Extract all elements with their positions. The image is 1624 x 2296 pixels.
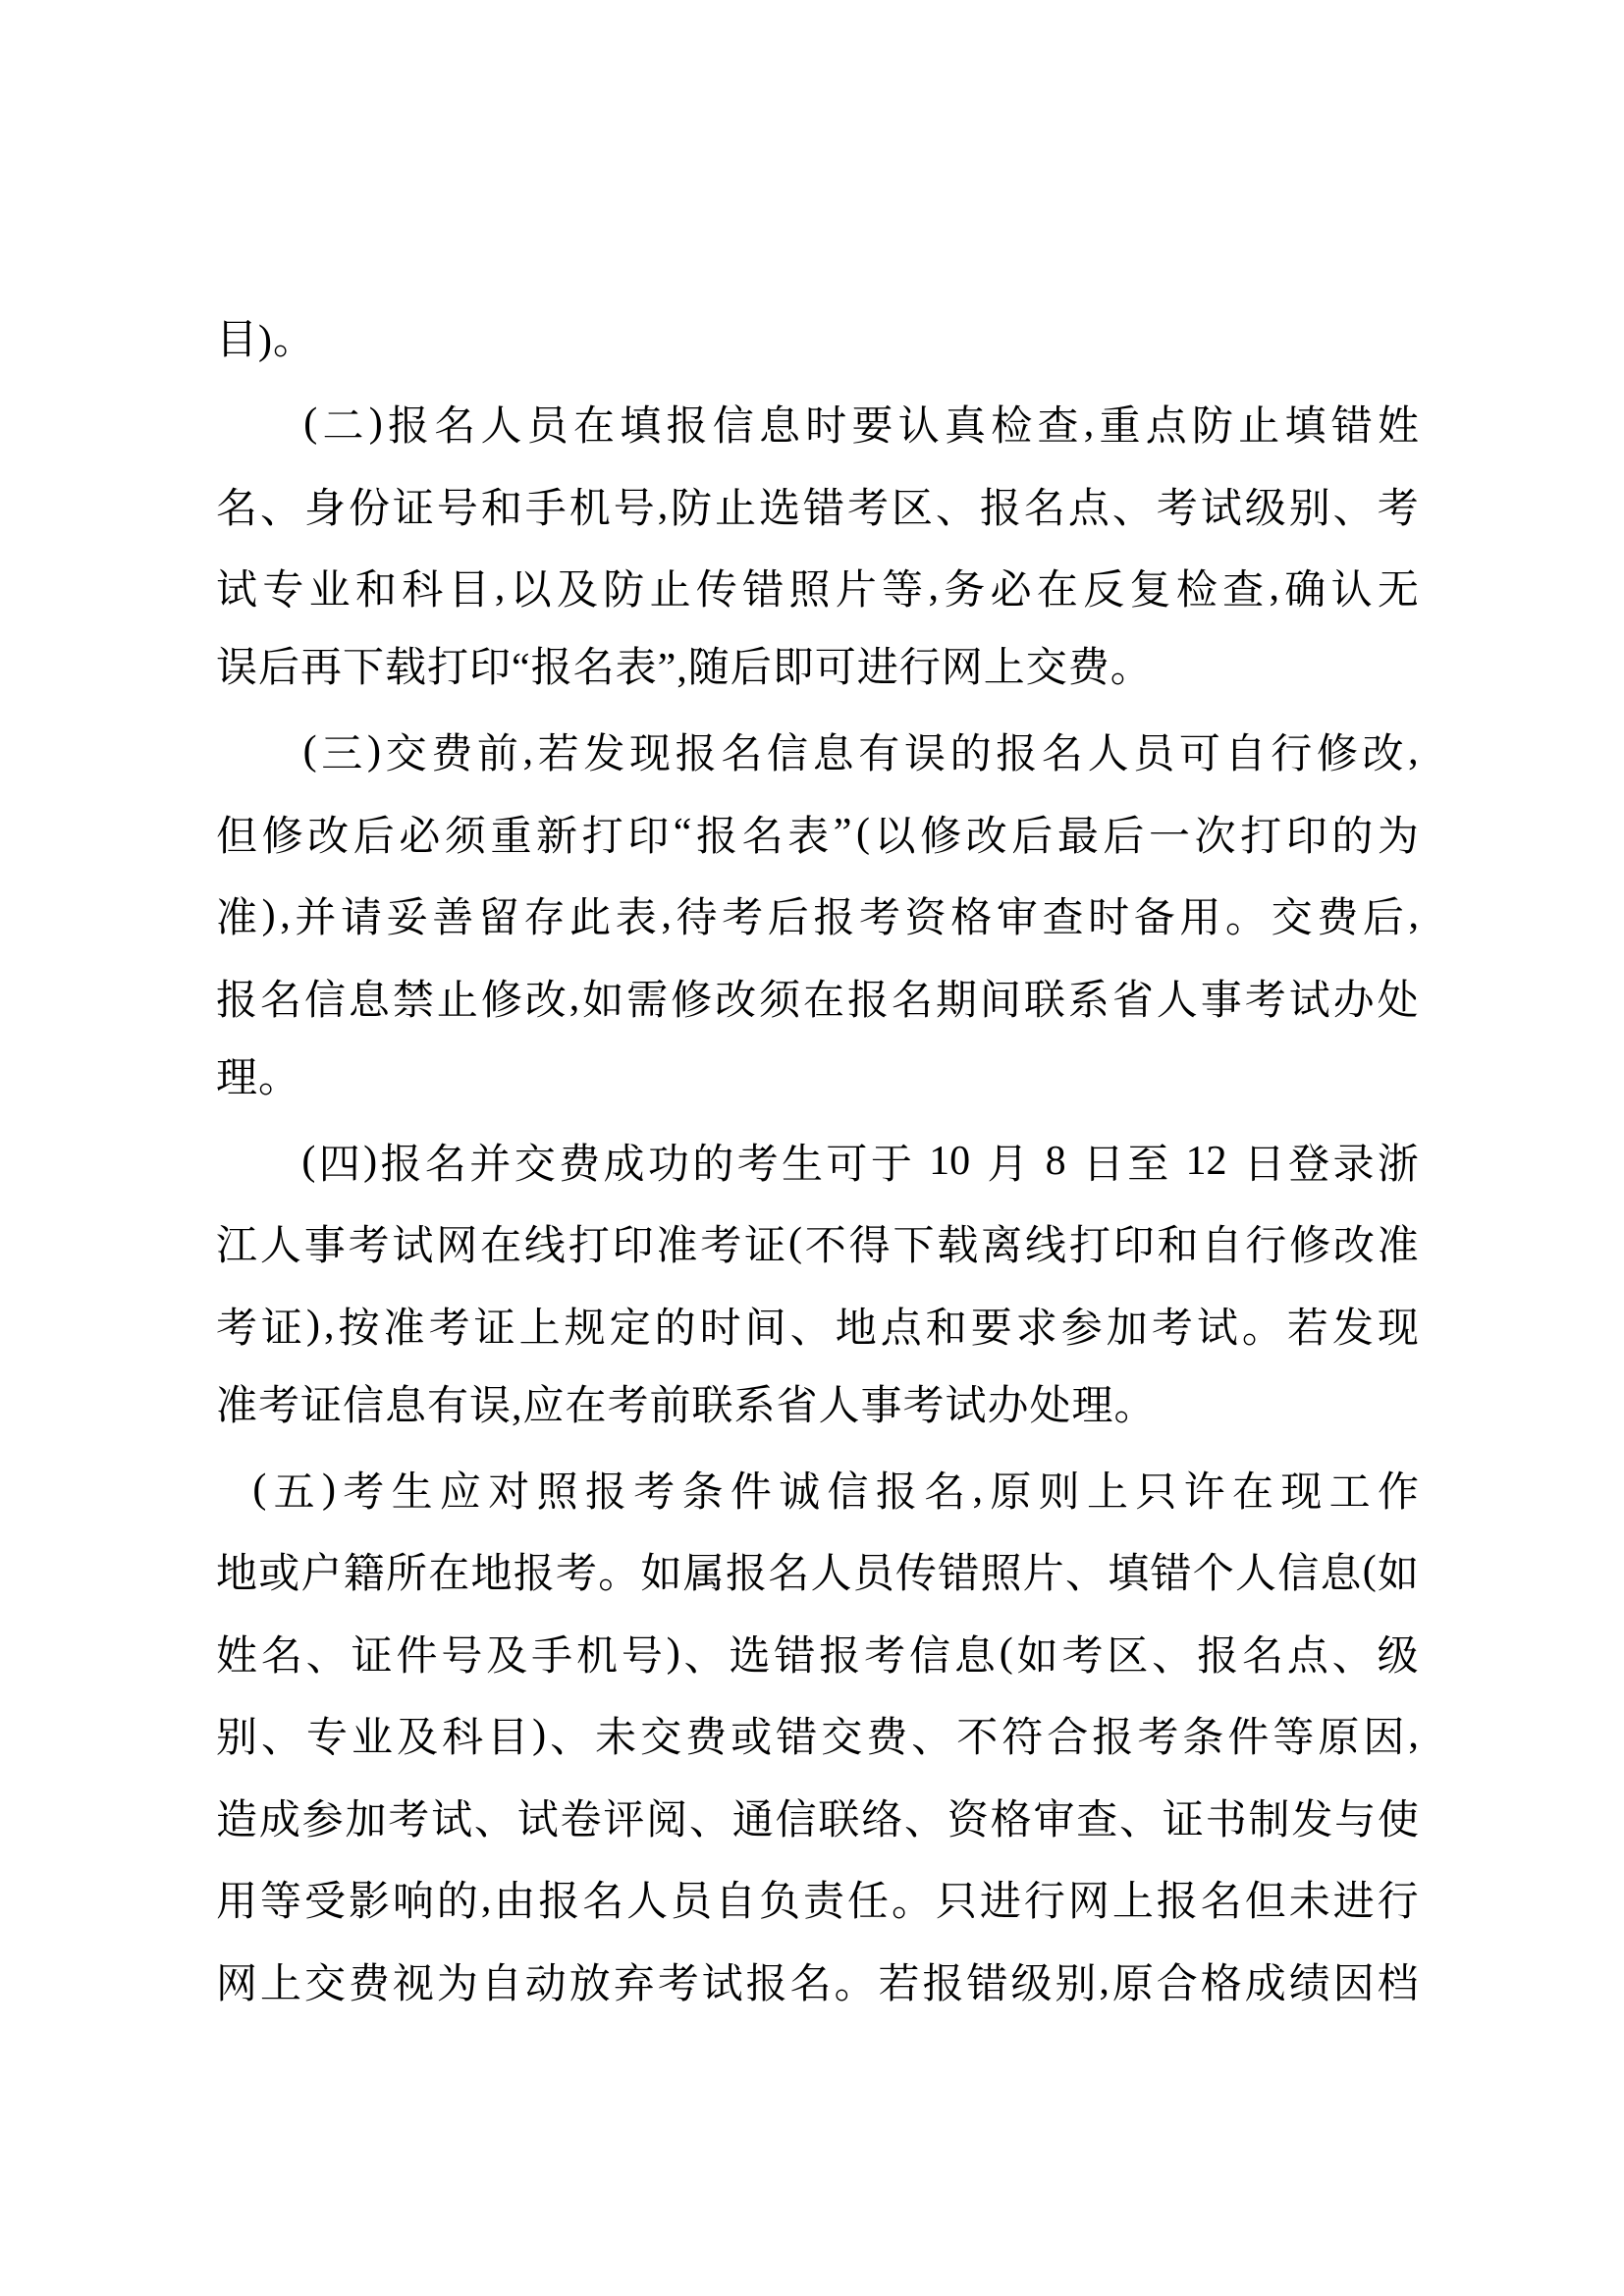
text-line: (二)报名人员在填报信息时要认真检查,重点防止填错姓 [216, 383, 1419, 465]
text-line: 准),并请妥善留存此表,待考后报考资格审查时备用。交费后, [216, 875, 1419, 957]
text-line: 名、身份证号和手机号,防止选错考区、报名点、考试级别、考 [216, 464, 1419, 547]
text-line: 江人事考试网在线打印准考证(不得下载离线打印和自行修改准 [216, 1202, 1419, 1285]
text-line: 准考证信息有误,应在考前联系省人事考试办处理。 [216, 1366, 1419, 1449]
text-line: 用等受影响的,由报名人员自负责任。只进行网上报名但未进行 [216, 1858, 1419, 1941]
text-line: 地或户籍所在地报考。如属报名人员传错照片、填错个人信息(如 [216, 1530, 1419, 1613]
text-line: 报名信息禁止修改,如需修改须在报名期间联系省人事考试办处 [216, 956, 1419, 1039]
text-line: (五)考生应对照报考条件诚信报名,原则上只许在现工作 [216, 1448, 1419, 1530]
text-line: 目)。 [216, 300, 1419, 383]
first-line-indent [216, 1488, 245, 1489]
text-line: 别、专业及科目)、未交费或错交费、不符合报考条件等原因, [216, 1694, 1419, 1777]
text-block: 目)。(二)报名人员在填报信息时要认真检查,重点防止填错姓名、身份证号和手机号,… [216, 300, 1419, 2022]
first-line-indent [216, 751, 298, 752]
first-line-indent [216, 423, 298, 424]
first-line-indent [216, 1160, 298, 1161]
text-line: 理。 [216, 1039, 1419, 1121]
text-line: 考证),按准考证上规定的时间、地点和要求参加考试。若发现 [216, 1284, 1419, 1366]
text-line: 试专业和科目,以及防止传错照片等,务必在反复检查,确认无 [216, 547, 1419, 629]
text-line: 网上交费视为自动放弃考试报名。若报错级别,原合格成绩因档 [216, 1940, 1419, 2022]
document-page: 目)。(二)报名人员在填报信息时要认真检查,重点防止填错姓名、身份证号和手机号,… [0, 0, 1624, 2296]
text-line: (三)交费前,若发现报名信息有误的报名人员可自行修改, [216, 711, 1419, 793]
text-line: 但修改后必须重新打印“报名表”(以修改后最后一次打印的为 [216, 792, 1419, 875]
text-line: 造成参加考试、试卷评阅、通信联络、资格审查、证书制发与使 [216, 1776, 1419, 1858]
text-line: 误后再下载打印“报名表”,随后即可进行网上交费。 [216, 628, 1419, 711]
text-line: (四)报名并交费成功的考生可于 10 月 8 日至 12 日登录浙 [216, 1120, 1419, 1202]
text-line: 姓名、证件号及手机号)、选错报考信息(如考区、报名点、级 [216, 1612, 1419, 1694]
